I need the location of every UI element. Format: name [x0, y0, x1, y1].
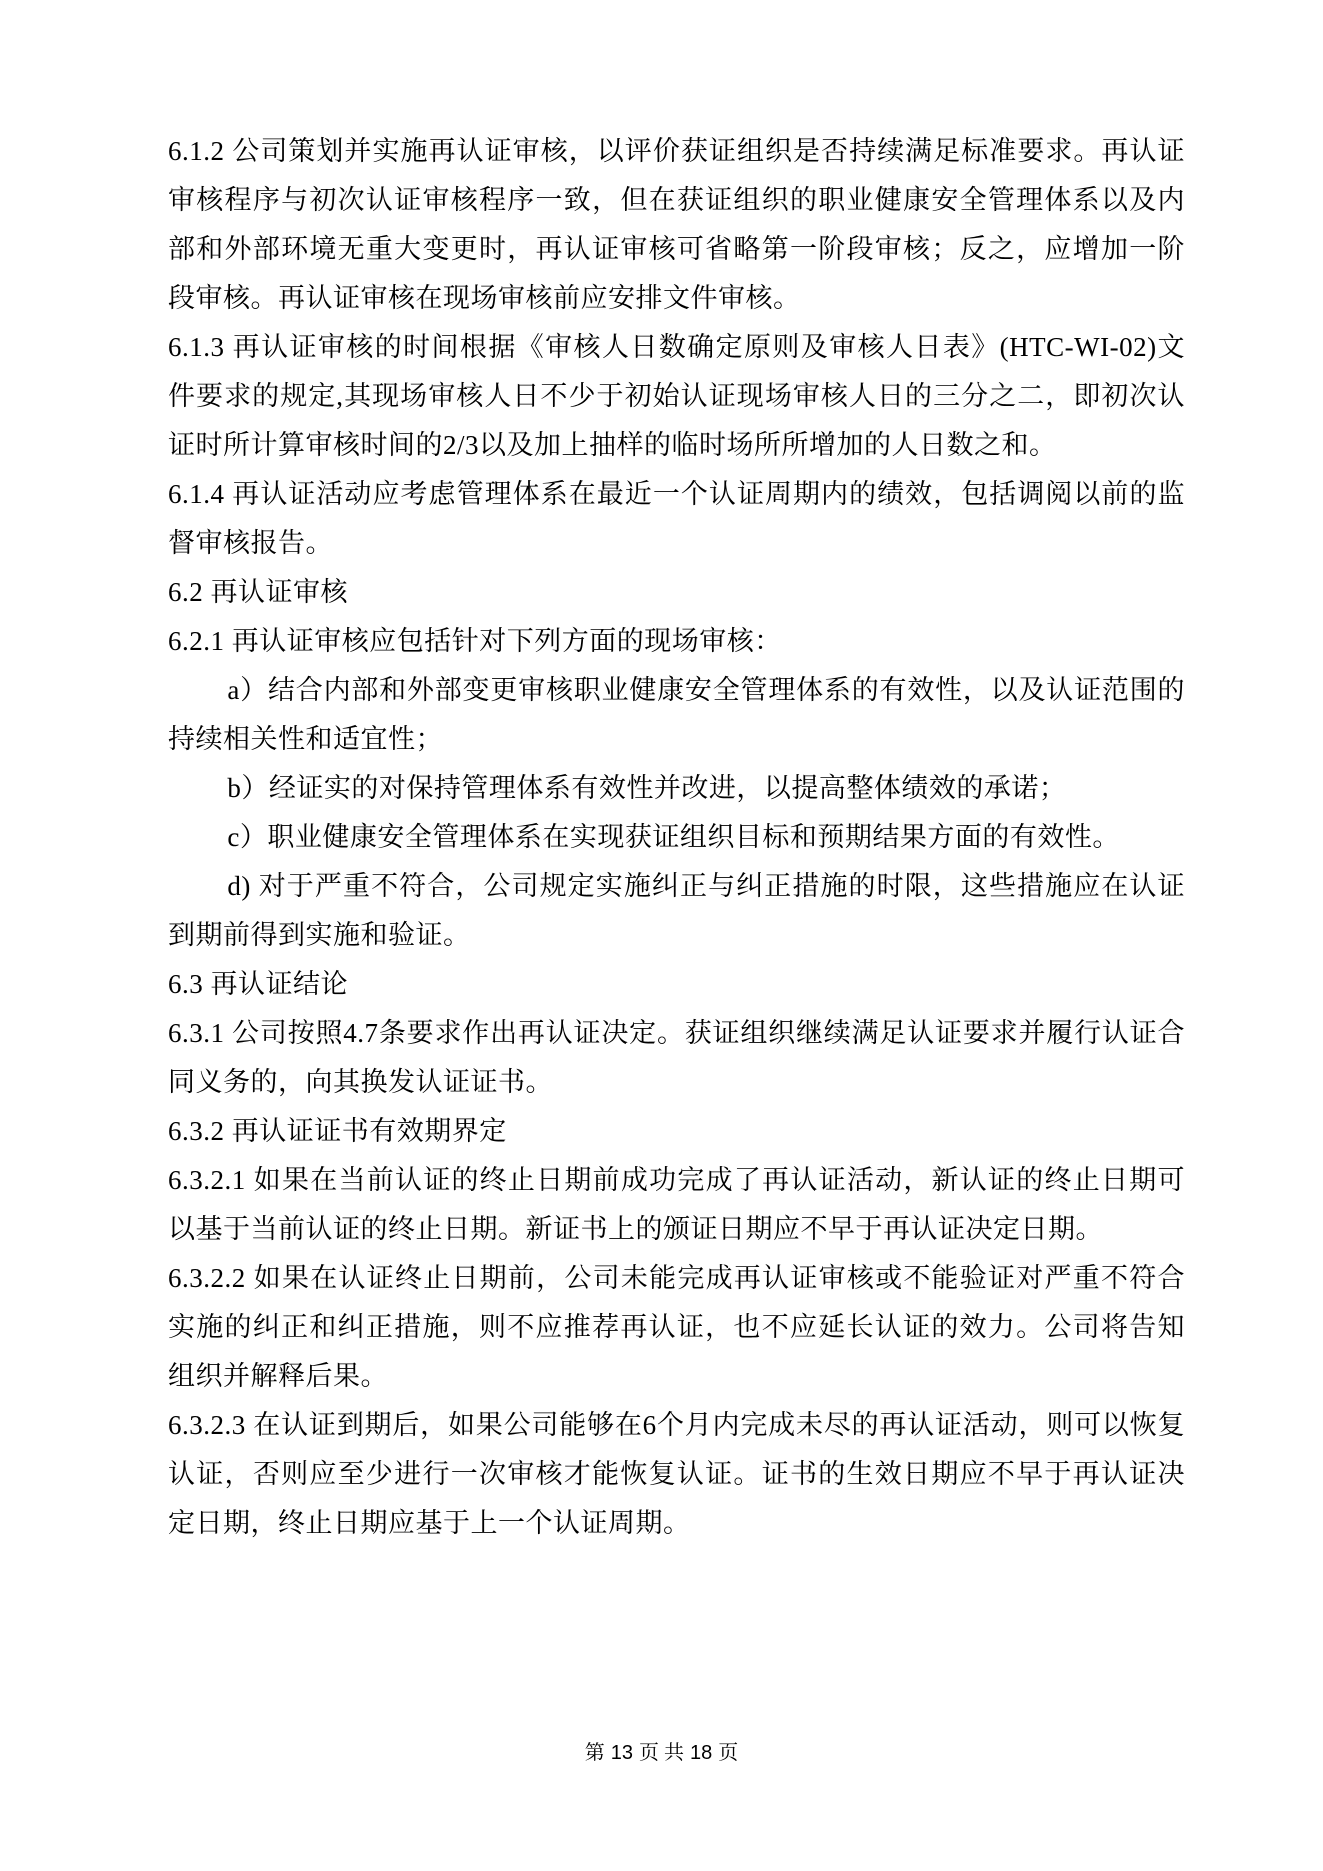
paragraph: a）结合内部和外部变更审核职业健康安全管理体系的有效性，以及认证范围的持续相关性…: [168, 666, 1185, 764]
paragraph: 6.3.2.1 如果在当前认证的终止日期前成功完成了再认证活动，新认证的终止日期…: [168, 1156, 1185, 1254]
paragraph: 6.1.2 公司策划并实施再认证审核，以评价获证组织是否持续满足标准要求。再认证…: [168, 127, 1185, 323]
paragraph: 6.3.1 公司按照4.7条要求作出再认证决定。获证组织继续满足认证要求并履行认…: [168, 1009, 1185, 1107]
footer-label-middle: 页 共: [639, 1742, 684, 1764]
footer-label-prefix: 第: [585, 1742, 605, 1764]
paragraph: 6.3.2.2 如果在认证终止日期前，公司未能完成再认证审核或不能验证对严重不符…: [168, 1254, 1185, 1401]
paragraph: 6.2 再认证审核: [168, 568, 1185, 617]
paragraph: 6.1.4 再认证活动应考虑管理体系在最近一个认证周期内的绩效，包括调阅以前的监…: [168, 470, 1185, 568]
paragraph: 6.3.2 再认证证书有效期界定: [168, 1107, 1185, 1156]
paragraph: 6.3 再认证结论: [168, 960, 1185, 1009]
paragraph: 6.1.3 再认证审核的时间根据《审核人日数确定原则及审核人日表》(HTC-WI…: [168, 323, 1185, 470]
document-body: 6.1.2 公司策划并实施再认证审核，以评价获证组织是否持续满足标准要求。再认证…: [168, 127, 1185, 1548]
paragraph: 6.2.1 再认证审核应包括针对下列方面的现场审核：: [168, 617, 1185, 666]
paragraph: 6.3.2.3 在认证到期后，如果公司能够在6个月内完成未尽的再认证活动，则可以…: [168, 1401, 1185, 1548]
footer-current-page-number: 13: [611, 1742, 633, 1764]
footer-total-pages-number: 18: [690, 1742, 712, 1764]
document-page: 6.1.2 公司策划并实施再认证审核，以评价获证组织是否持续满足标准要求。再认证…: [0, 0, 1323, 1871]
page-footer: 第13页 共18页: [0, 1736, 1323, 1765]
paragraph: c）职业健康安全管理体系在实现获证组织目标和预期结果方面的有效性。: [168, 813, 1185, 862]
paragraph: b）经证实的对保持管理体系有效性并改进，以提高整体绩效的承诺；: [168, 764, 1185, 813]
paragraph: d) 对于严重不符合，公司规定实施纠正与纠正措施的时限，这些措施应在认证到期前得…: [168, 862, 1185, 960]
footer-label-suffix: 页: [718, 1742, 738, 1764]
